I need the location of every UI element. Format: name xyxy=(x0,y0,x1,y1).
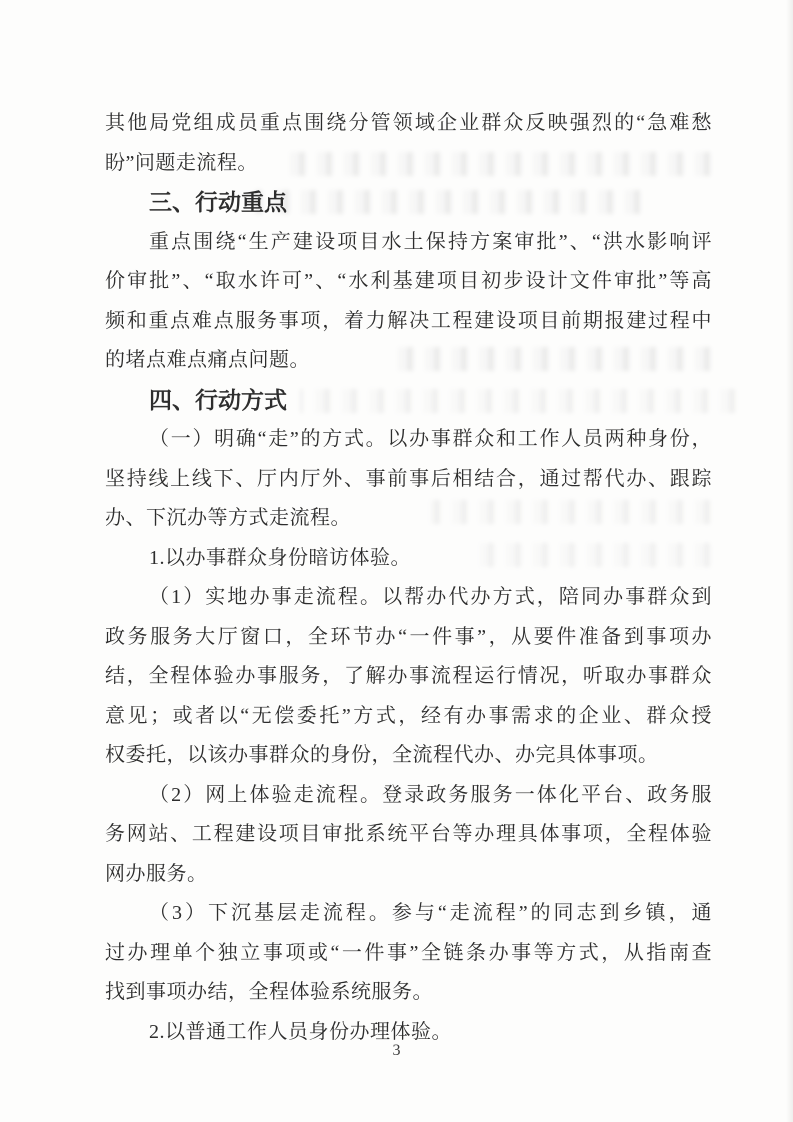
text-line: 重点围绕“生产建设项目水土保持方案审批”、“洪水影响评 xyxy=(105,223,712,263)
text-line: 其他局党组成员重点围绕分管领域企业群众反映强烈的“急难愁 xyxy=(105,104,712,144)
document-body: 其他局党组成员重点围绕分管领域企业群众反映强烈的“急难愁盼”问题走流程。三、行动… xyxy=(105,104,712,1052)
text-line: 过办理单个独立事项或“一件事”全链条办事等方式，从指南查 xyxy=(105,934,712,974)
text-line: 结，全程体验办事服务，了解办事流程运行情况，听取办事群众 xyxy=(105,657,712,697)
text-line: （1）实地办事走流程。以帮办代办方式，陪同办事群众到 xyxy=(105,578,712,618)
text-line: 办、下沉办等方式走流程。 xyxy=(105,499,712,539)
text-line: 1.以办事群众身份暗访体验。 xyxy=(105,539,712,579)
text-line: 网办服务。 xyxy=(105,855,712,895)
text-line: 的堵点难点痛点问题。 xyxy=(105,341,712,381)
section-heading: 三、行动重点 xyxy=(105,183,712,223)
text-line: 盼”问题走流程。 xyxy=(105,144,712,184)
text-line: 坚持线上线下、厅内厅外、事前事后相结合，通过帮代办、跟踪 xyxy=(105,460,712,500)
text-line: 权委托，以该办事群众的身份，全流程代办、办完具体事项。 xyxy=(105,736,712,776)
document-page: 其他局党组成员重点围绕分管领域企业群众反映强烈的“急难愁盼”问题走流程。三、行动… xyxy=(0,0,793,1122)
text-line: 意见；或者以“无偿委托”方式，经有办事需求的企业、群众授 xyxy=(105,697,712,737)
text-line: （2）网上体验走流程。登录政务服务一体化平台、政务服 xyxy=(105,776,712,816)
page-number: 3 xyxy=(0,1042,793,1060)
text-line: （一）明确“走”的方式。以办事群众和工作人员两种身份， xyxy=(105,420,712,460)
text-line: 务网站、工程建设项目审批系统平台等办理具体事项，全程体验 xyxy=(105,815,712,855)
scan-edge-shadow xyxy=(786,0,793,1122)
text-line: 找到事项办结，全程体验系统服务。 xyxy=(105,973,712,1013)
text-line: 政务服务大厅窗口，全环节办“一件事”，从要件准备到事项办 xyxy=(105,618,712,658)
text-line: 价审批”、“取水许可”、“水利基建项目初步设计文件审批”等高 xyxy=(105,262,712,302)
text-line: （3）下沉基层走流程。参与“走流程”的同志到乡镇，通 xyxy=(105,894,712,934)
section-heading: 四、行动方式 xyxy=(105,381,712,421)
text-line: 频和重点难点服务事项，着力解决工程建设项目前期报建过程中 xyxy=(105,302,712,342)
